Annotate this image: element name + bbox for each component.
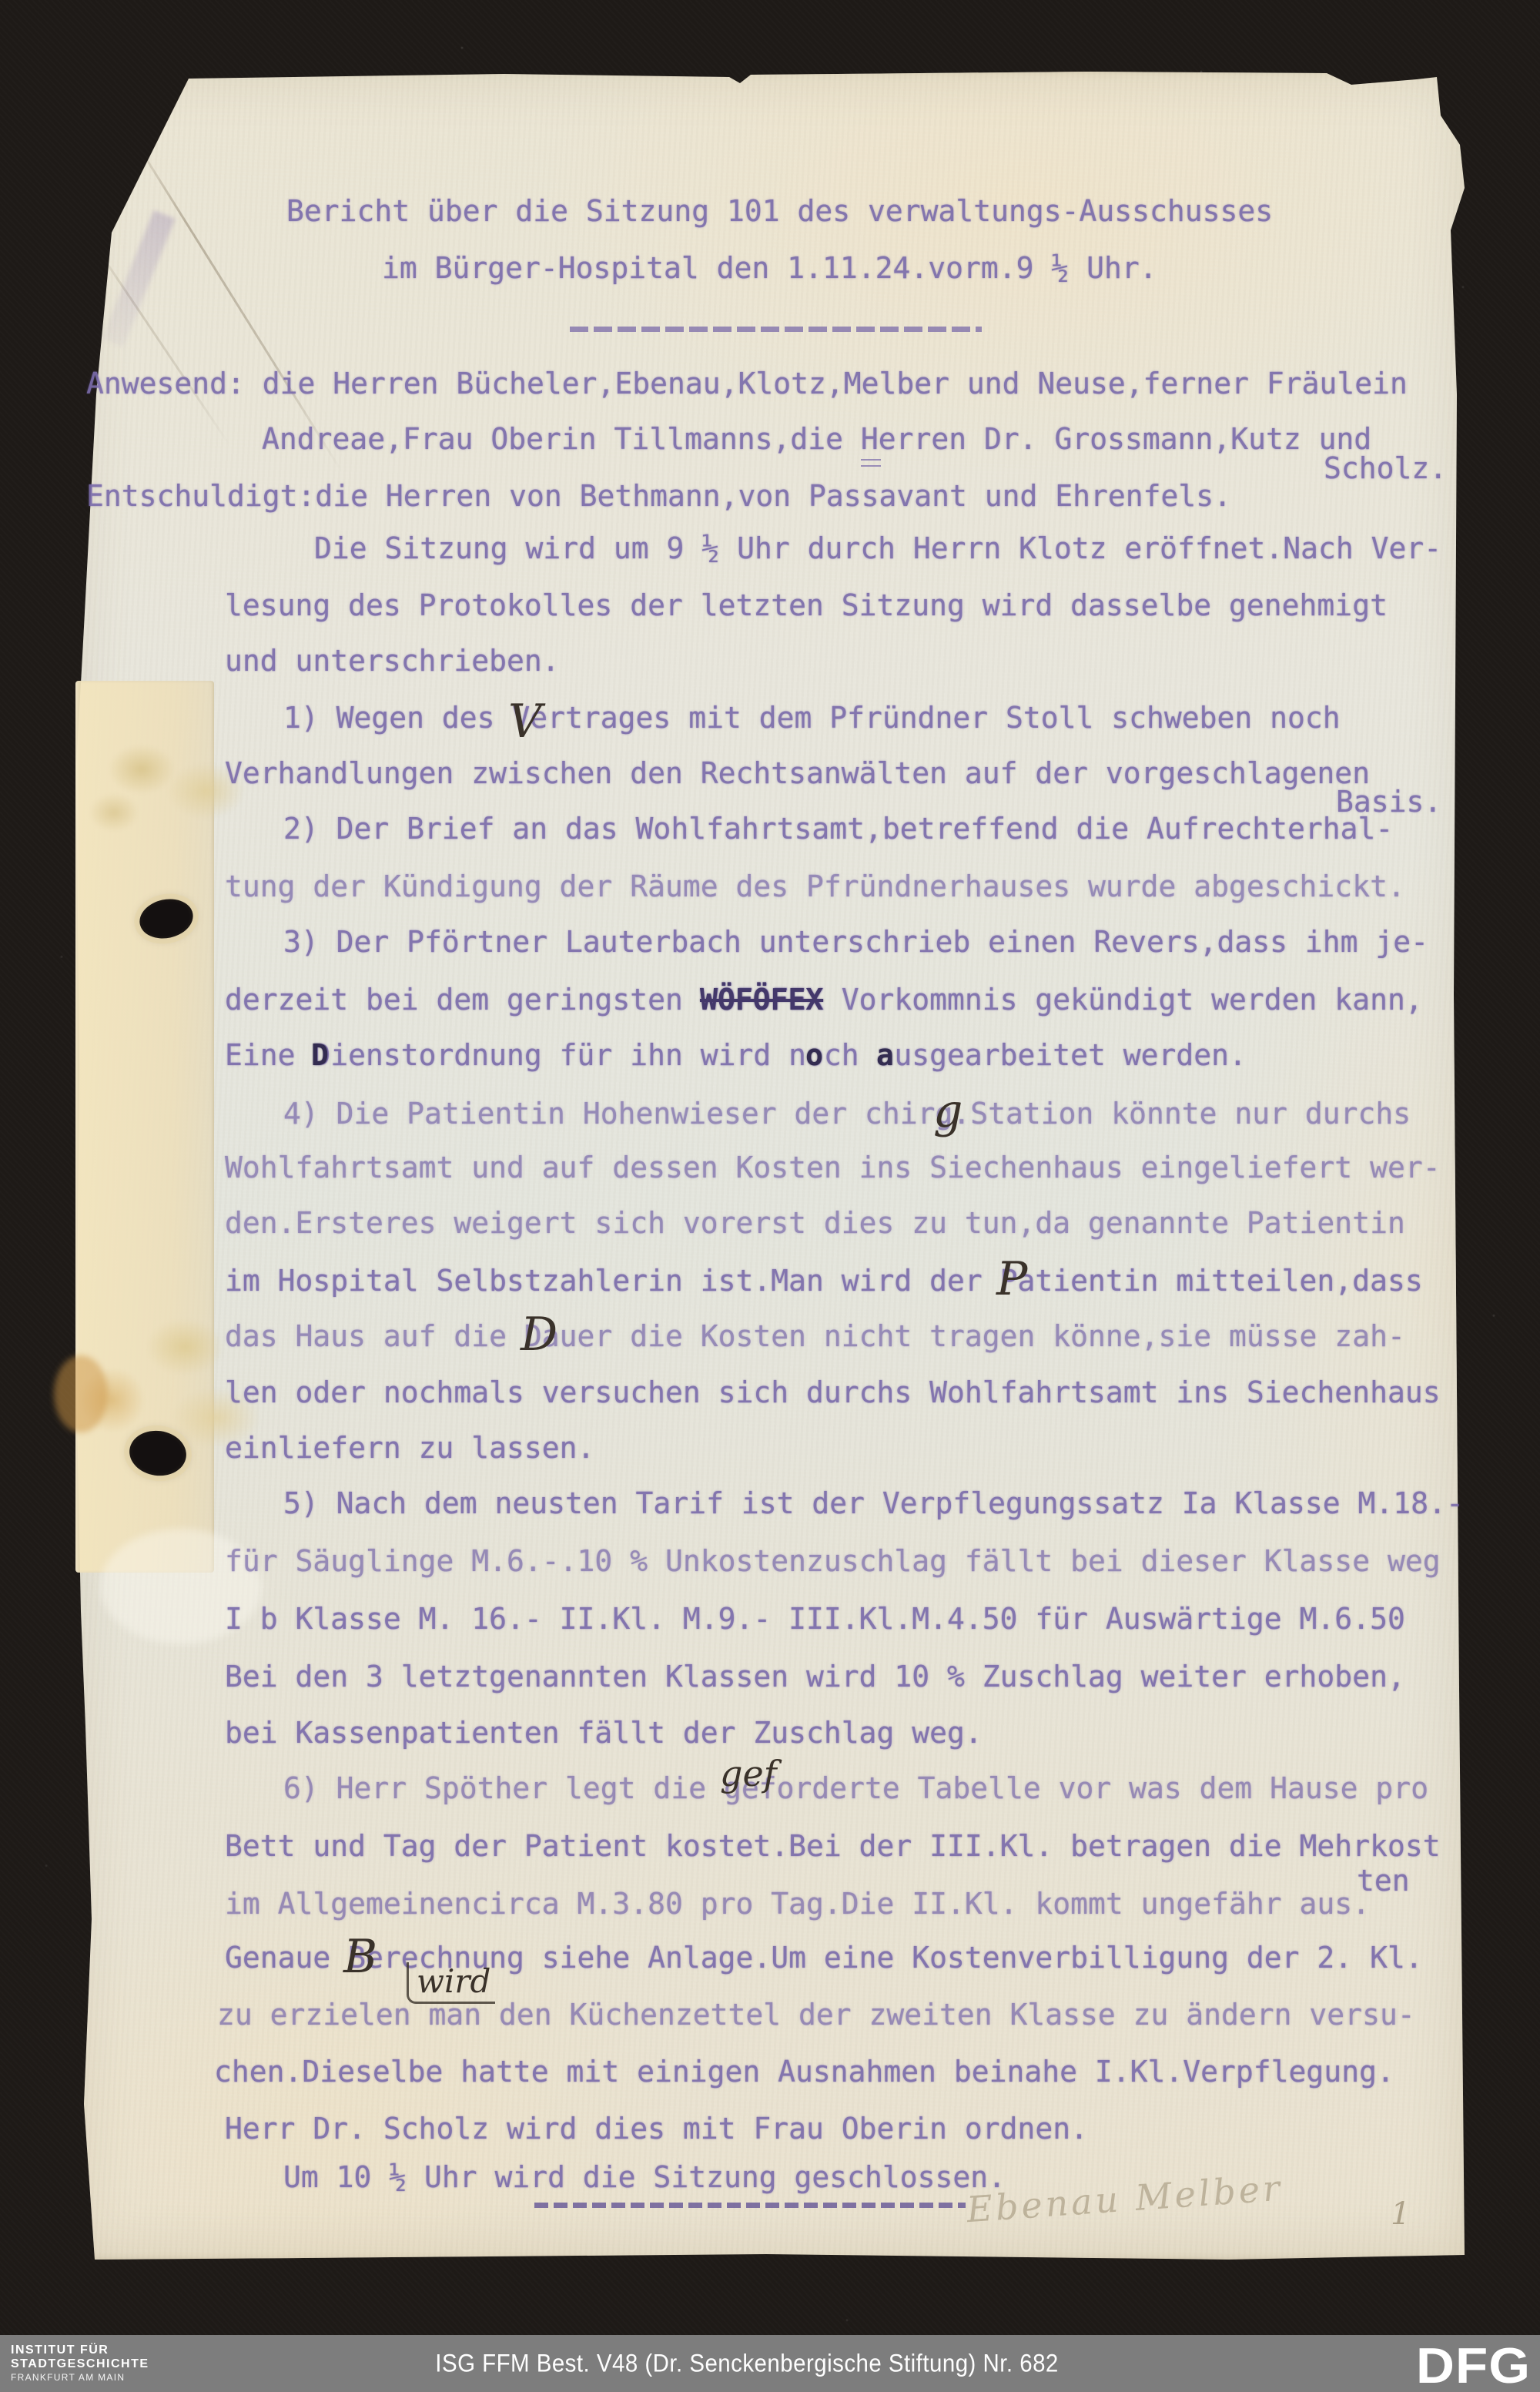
handwritten-mark: a xyxy=(876,1038,894,1072)
handwritten-mark: B xyxy=(343,1930,377,1984)
handwritten-mark: g xyxy=(933,1084,962,1138)
handwritten-mark: D xyxy=(311,1038,329,1072)
handwritten-mark: P xyxy=(996,1252,1027,1306)
scan-viewport: Bericht über die Sitzung 101 des verwalt… xyxy=(0,0,1540,2392)
handwritten-mark: gef xyxy=(720,1753,777,1794)
handwritten-mark: o xyxy=(805,1038,823,1072)
annotation-layer: VWÖFÖFEXDoagPDgefBwirdEbenau Melber1 xyxy=(0,0,1540,2392)
handwritten-mark: WÖFÖFEX xyxy=(700,983,823,1017)
handwritten-mark: D xyxy=(521,1308,557,1362)
archive-reference-text: ISG FFM Best. V48 (Dr. Senckenbergische … xyxy=(435,2349,1058,2378)
handwritten-mark: Ebenau Melber xyxy=(966,2167,1284,2231)
handwritten-mark: wird xyxy=(407,1962,495,2004)
handwritten-mark: 1 xyxy=(1391,2196,1410,2232)
archive-reference-label: ISG FFM Best. V48 (Dr. Senckenbergische … xyxy=(0,2350,1494,2377)
handwritten-mark: V xyxy=(508,695,541,749)
dfg-logo: DFG xyxy=(1416,2337,1531,2392)
handwritten-mark xyxy=(861,459,881,467)
footer-bar: INSTITUT FÜR STADTGESCHICHTE FRANKFURT A… xyxy=(0,2335,1540,2392)
